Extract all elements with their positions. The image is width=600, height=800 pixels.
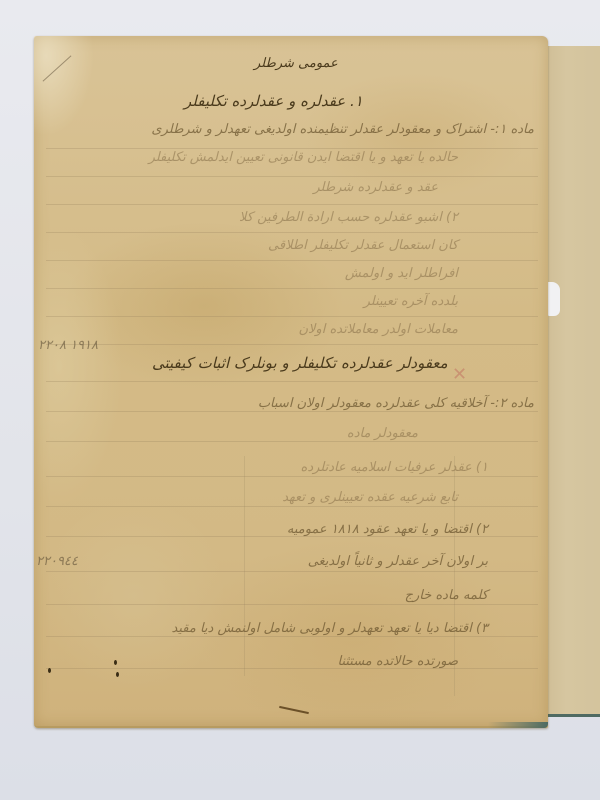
page-heading: عمومی شرطلر: [254, 56, 338, 71]
article-1-item: بلدده آخره تعیینلر: [364, 294, 458, 309]
article-1-item: معاملات اولدر معاملاتده اولان: [298, 322, 458, 337]
ruled-line: [46, 604, 538, 605]
article-2-item: کلمه ماده خارج: [405, 588, 488, 603]
article-1-line-1: ماده ١:- اشتراک و معقودلر عقدلر تنظیمنده…: [151, 122, 534, 137]
article-2-line-2: معقودلر ماده: [347, 426, 418, 441]
ink-spot: [116, 672, 119, 677]
corner-stain: [34, 36, 94, 136]
ruled-line: [46, 148, 538, 149]
ruled-line: [46, 571, 538, 572]
ruled-vertical-line: [244, 456, 245, 676]
ruled-line: [46, 476, 538, 477]
ink-spot: [48, 668, 51, 673]
ruled-line: [46, 344, 538, 345]
pen-stroke-mark: [279, 706, 309, 714]
ruled-line: [46, 636, 538, 637]
red-cross-mark: ✕: [452, 364, 467, 385]
article-2-line-1: ماده ٢:- آخلاقیه کلی عقدلرده معقودلر اول…: [258, 396, 534, 411]
article-2-item: ٢) اقتضا و یا تعهد عقود ١٨١٨ عمومیه: [287, 522, 488, 537]
ruled-line: [46, 411, 538, 412]
ink-spot: [114, 660, 117, 665]
section-2-title: معقودلر عقدلرده تکلیفلر و بونلرک اثبات ک…: [152, 354, 448, 372]
margin-note: ١٩١٨ ٢٢٠٨: [38, 338, 98, 353]
edge-stain: [488, 722, 548, 728]
ruled-line: [46, 288, 538, 289]
ruled-line: [46, 232, 538, 233]
article-2-item: تابع شرعیه عقده تعیینلری و تعهد: [282, 490, 458, 505]
margin-note: ٢٢٠٩٤٤: [36, 554, 78, 569]
article-2-item: ١) عقدلر عرفیات اسلامیه عادتلرده: [301, 460, 488, 475]
section-1-title: ١. عقدلره و عقدلرده تکلیفلر: [184, 92, 363, 110]
article-2-item: صورتده حالاتده مستثنا: [337, 654, 458, 669]
ruled-line: [46, 176, 538, 177]
ruled-line: [46, 316, 538, 317]
ruled-line: [46, 204, 538, 205]
article-1-line-2: حالده یا تعهد و یا اقتضا ایدن قانونی تعی…: [149, 150, 458, 165]
ruled-line: [46, 668, 538, 669]
article-2-item: ٣) اقتضا دیا یا تعهد تعهدلر و اولوبی شام…: [172, 621, 488, 636]
notebook-page: عمومی شرطلر ١. عقدلره و عقدلرده تکلیفلر …: [34, 36, 548, 728]
ruled-line: [46, 260, 538, 261]
article-1-line-3: عقد و عقدلرده شرطلر: [313, 180, 438, 195]
article-2-item: بر اولان آخر عقدلر و ثانیاً اولدیغی: [308, 554, 488, 569]
ruled-line: [46, 441, 538, 442]
article-1-item: ٢) اشبو عقدلره حسب ارادة الطرفین کلا: [239, 210, 458, 225]
article-1-item: افراطلر اید و اولمش: [345, 266, 458, 281]
ruled-line: [46, 506, 538, 507]
article-1-item: کان استعمال عقدلر تکلیفلر اطلاقی: [268, 238, 458, 253]
